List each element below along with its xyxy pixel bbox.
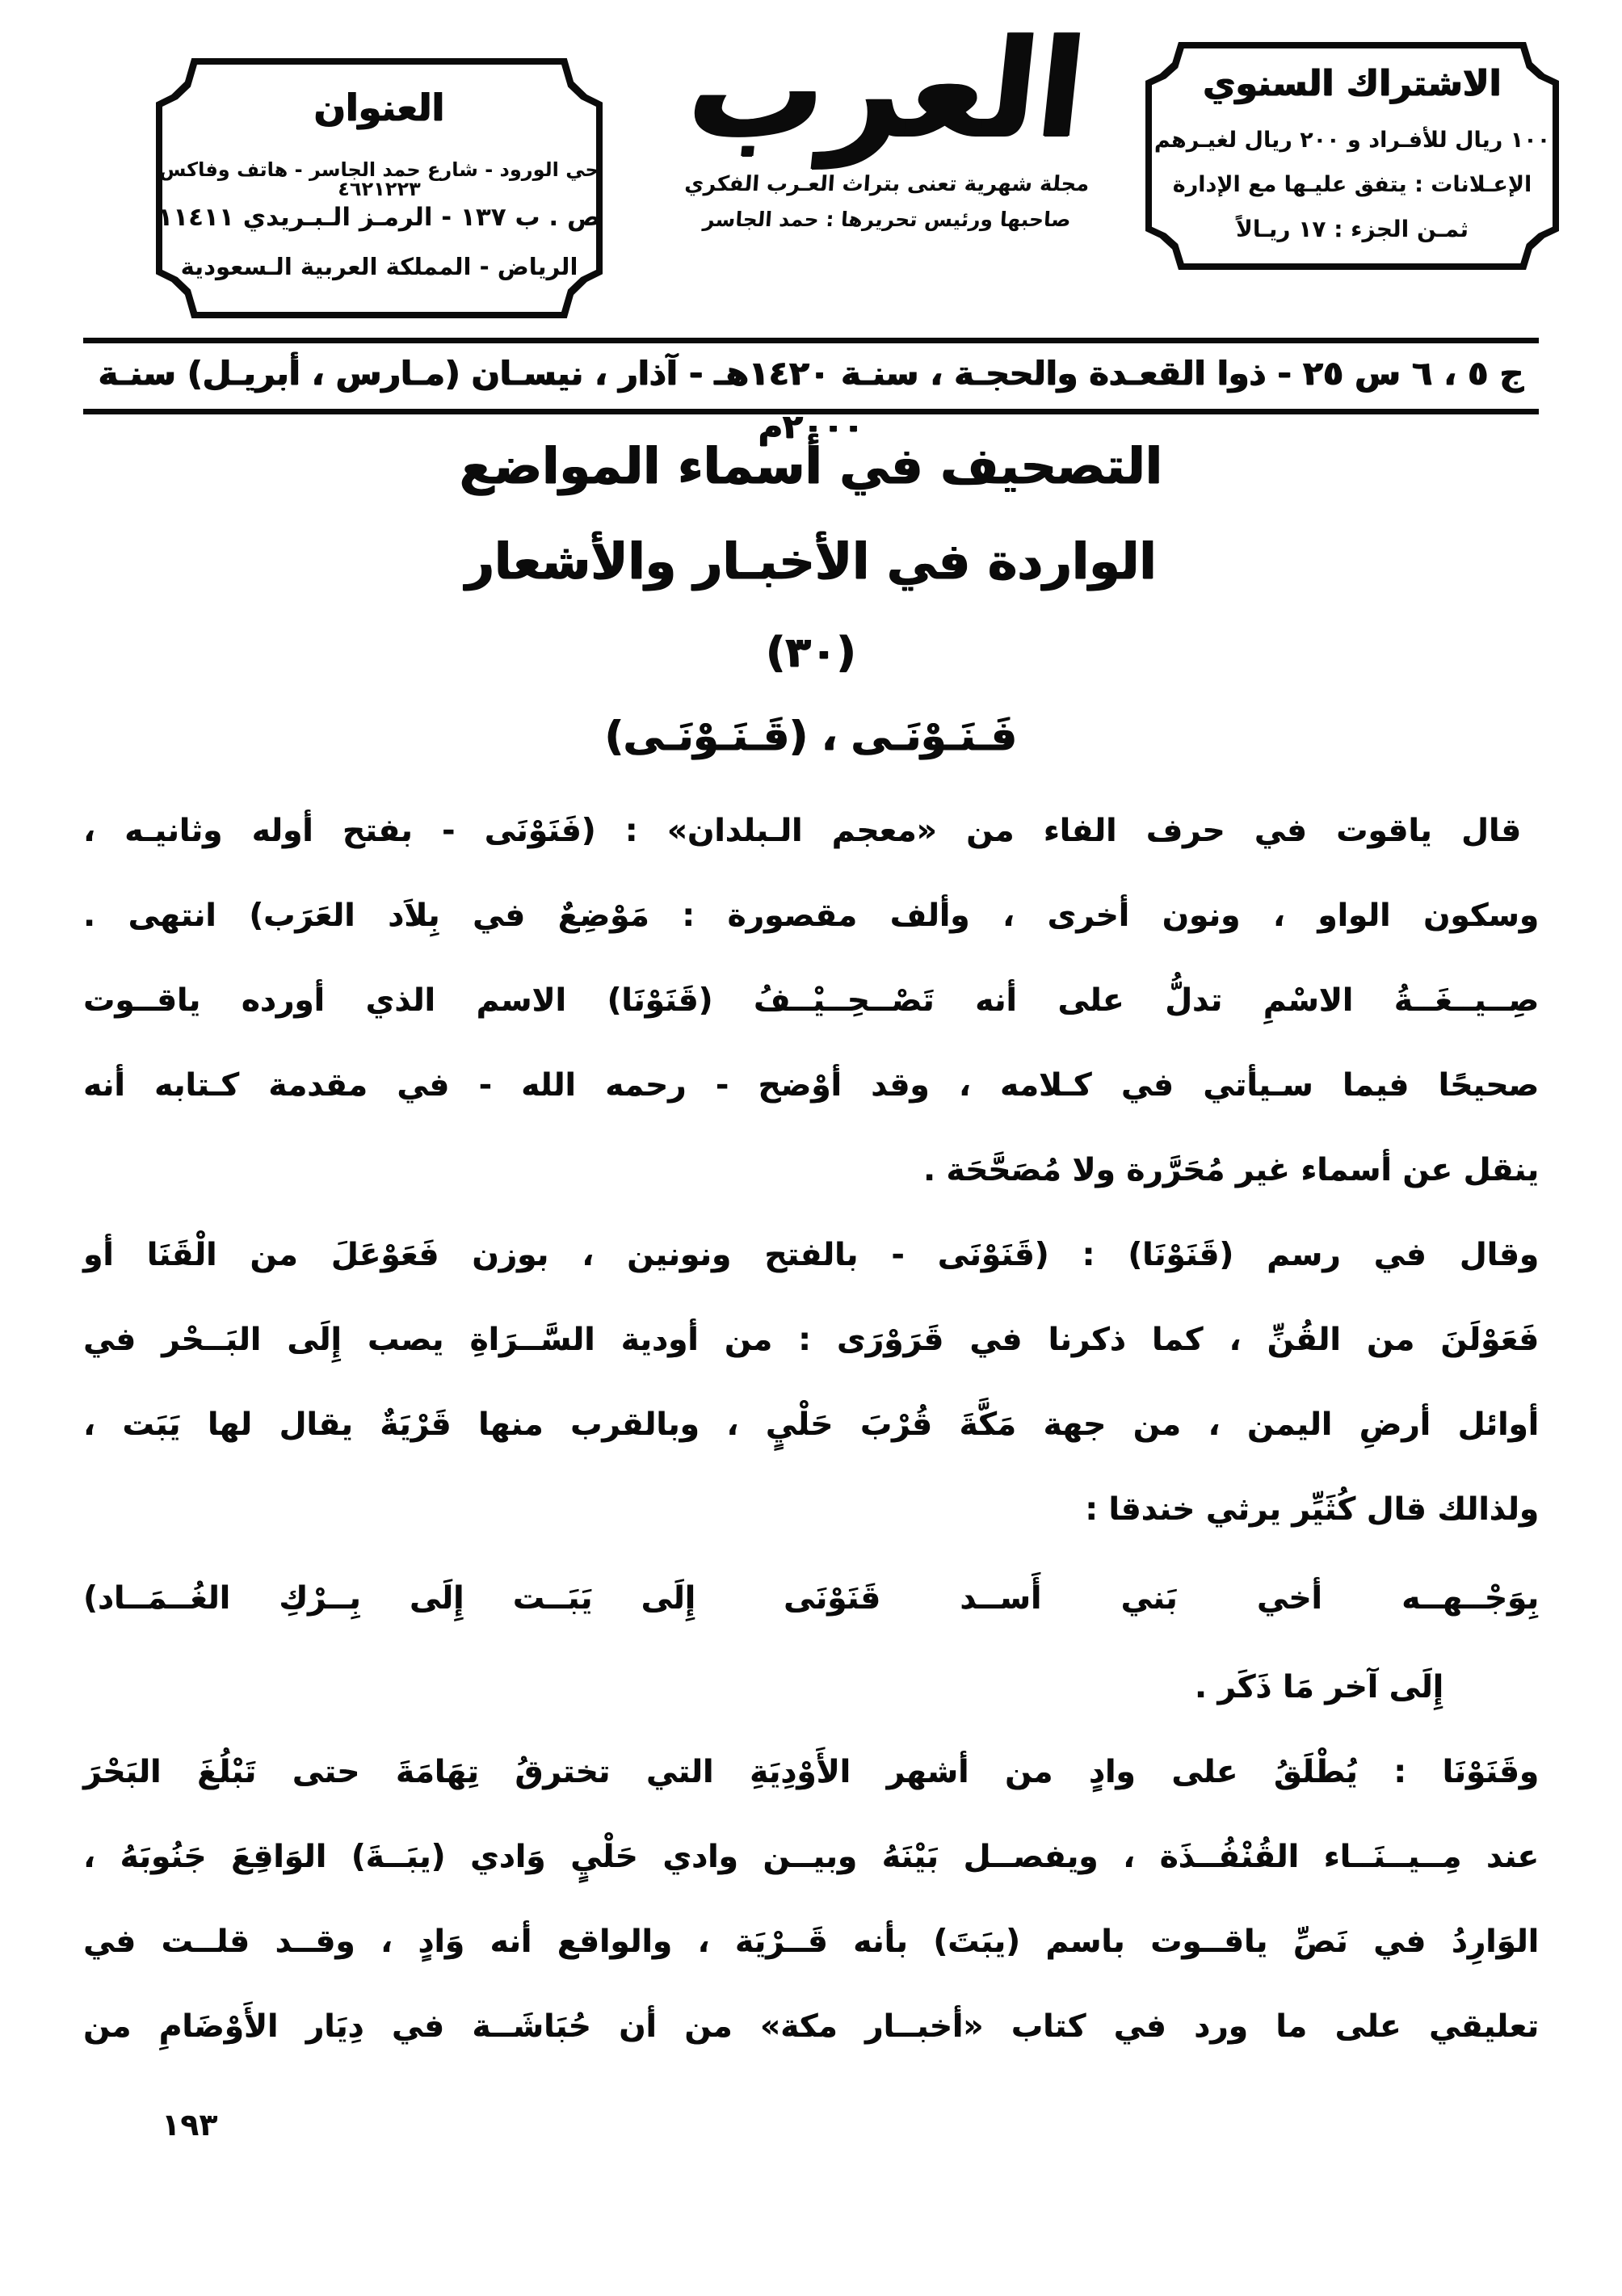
body-line: الوَارِدُ في نَصِّ ياقــوت باسم (يبَتَ) … [83,1923,1539,1962]
address-line-1: حي الورود - شارع حمد الجاسر - هاتف وفاكس… [156,160,603,199]
subscription-line-3: ثمـن الجزء : ١٧ ريـالاً [1145,218,1559,241]
article-title-line-1: التصحيف في أسماء المواضع [83,436,1539,495]
address-box-title: العنوان [156,89,603,126]
body-line: ينقل عن أسماء غير مُحَرَّرة ولا مُصَحَّح… [83,1151,1539,1191]
body-line: تعليقي على ما ورد في كتاب «أخبــار مكة» … [83,2008,1539,2047]
magazine-byline: صاحبها ورئيس تحريرها : حمد الجاسر [652,208,1122,231]
body-line: قال ياقوت في حرف الفاء من «معجم الـبلدان… [83,812,1539,852]
body-line: إِلَى آخر مَا ذَكَر . [83,1668,1539,1708]
subscription-box: الاشتراك السنوي ١٠٠ ريال للأفـراد و ٢٠٠ … [1145,42,1559,270]
subscription-box-title: الاشتراك السنوي [1145,66,1559,102]
masthead-logo: العرب مجلة شهرية تعنى بتراث العـرب الفكر… [653,15,1121,231]
body-line: وقال في رسم (قَنَوْنَا) : (قَنَوْنَى - ب… [83,1236,1539,1276]
address-box: العنوان حي الورود - شارع حمد الجاسر - ها… [156,58,603,318]
article-title-line-2: الواردة في الأخبـار والأشعار [83,532,1539,591]
subscription-line-1: ١٠٠ ريال للأفـراد و ٢٠٠ ريال لغيـرهم [1145,129,1559,151]
article-subtitle: فَـنَـوْنَـى ، (قَـنَـوْنَـى) [83,713,1539,759]
body-line: أوائل أرضِ اليمن ، من جهة مَكَّةَ قُرْبَ… [83,1406,1539,1445]
body-line: صحيحًا فيما سـيأتي في كـلامه ، وقد أوْضح… [83,1066,1539,1106]
magazine-page: العنوان حي الورود - شارع حمد الجاسر - ها… [0,0,1622,2296]
body-line: عند مِــيــنَــاء القُنْفُــذَة ، ويفصــ… [83,1838,1539,1878]
verse-hemistich-right: بِوَجْــهــه أخي بَني أَســد قَنَوْنَى [784,1579,1539,1619]
verse-line: بِوَجْــهــه أخي بَني أَســد قَنَوْنَى إ… [83,1579,1539,1619]
article-number: (٣٠) [83,629,1539,677]
verse-hemistich-left: إِلَى يَبَــت إِلَى بِــرْكِ الغُــمَــا… [83,1579,695,1619]
address-line-3: الرياض - المملكة العربية الـسعودية [156,255,603,279]
subscription-line-2: الإعـلانات : يتفق عليـها مع الإدارة [1145,174,1559,196]
body-line: ولذالك قال كُثَيِّر يرثي خندقا : [83,1491,1539,1530]
issue-rule-bottom [83,409,1539,414]
magazine-tagline: مجلة شهرية تعنى بتراث العـرب الفكري [652,172,1122,196]
body-line: وسكون الواو ، ونون أخرى ، وألف مقصورة : … [83,897,1539,936]
body-line: وقَنَوْنَا : يُطْلَقُ على وادٍ من أشهر ا… [83,1753,1539,1793]
page-number: ١٩٣ [162,2107,218,2143]
issue-rule-top [83,338,1539,343]
magazine-logo-title: العرب [645,15,1128,164]
body-line: صِــيــغَــةُ الاسْمِ تدلُّ على أنه تَصْ… [83,982,1539,1021]
body-line: فَعَوْلَنَ من القُنِّ ، كما ذكرنا في قَر… [83,1321,1539,1360]
address-line-2: ص . ب ١٣٧ - الرمـز الـبـريدي ١١٤١١ [156,205,603,230]
